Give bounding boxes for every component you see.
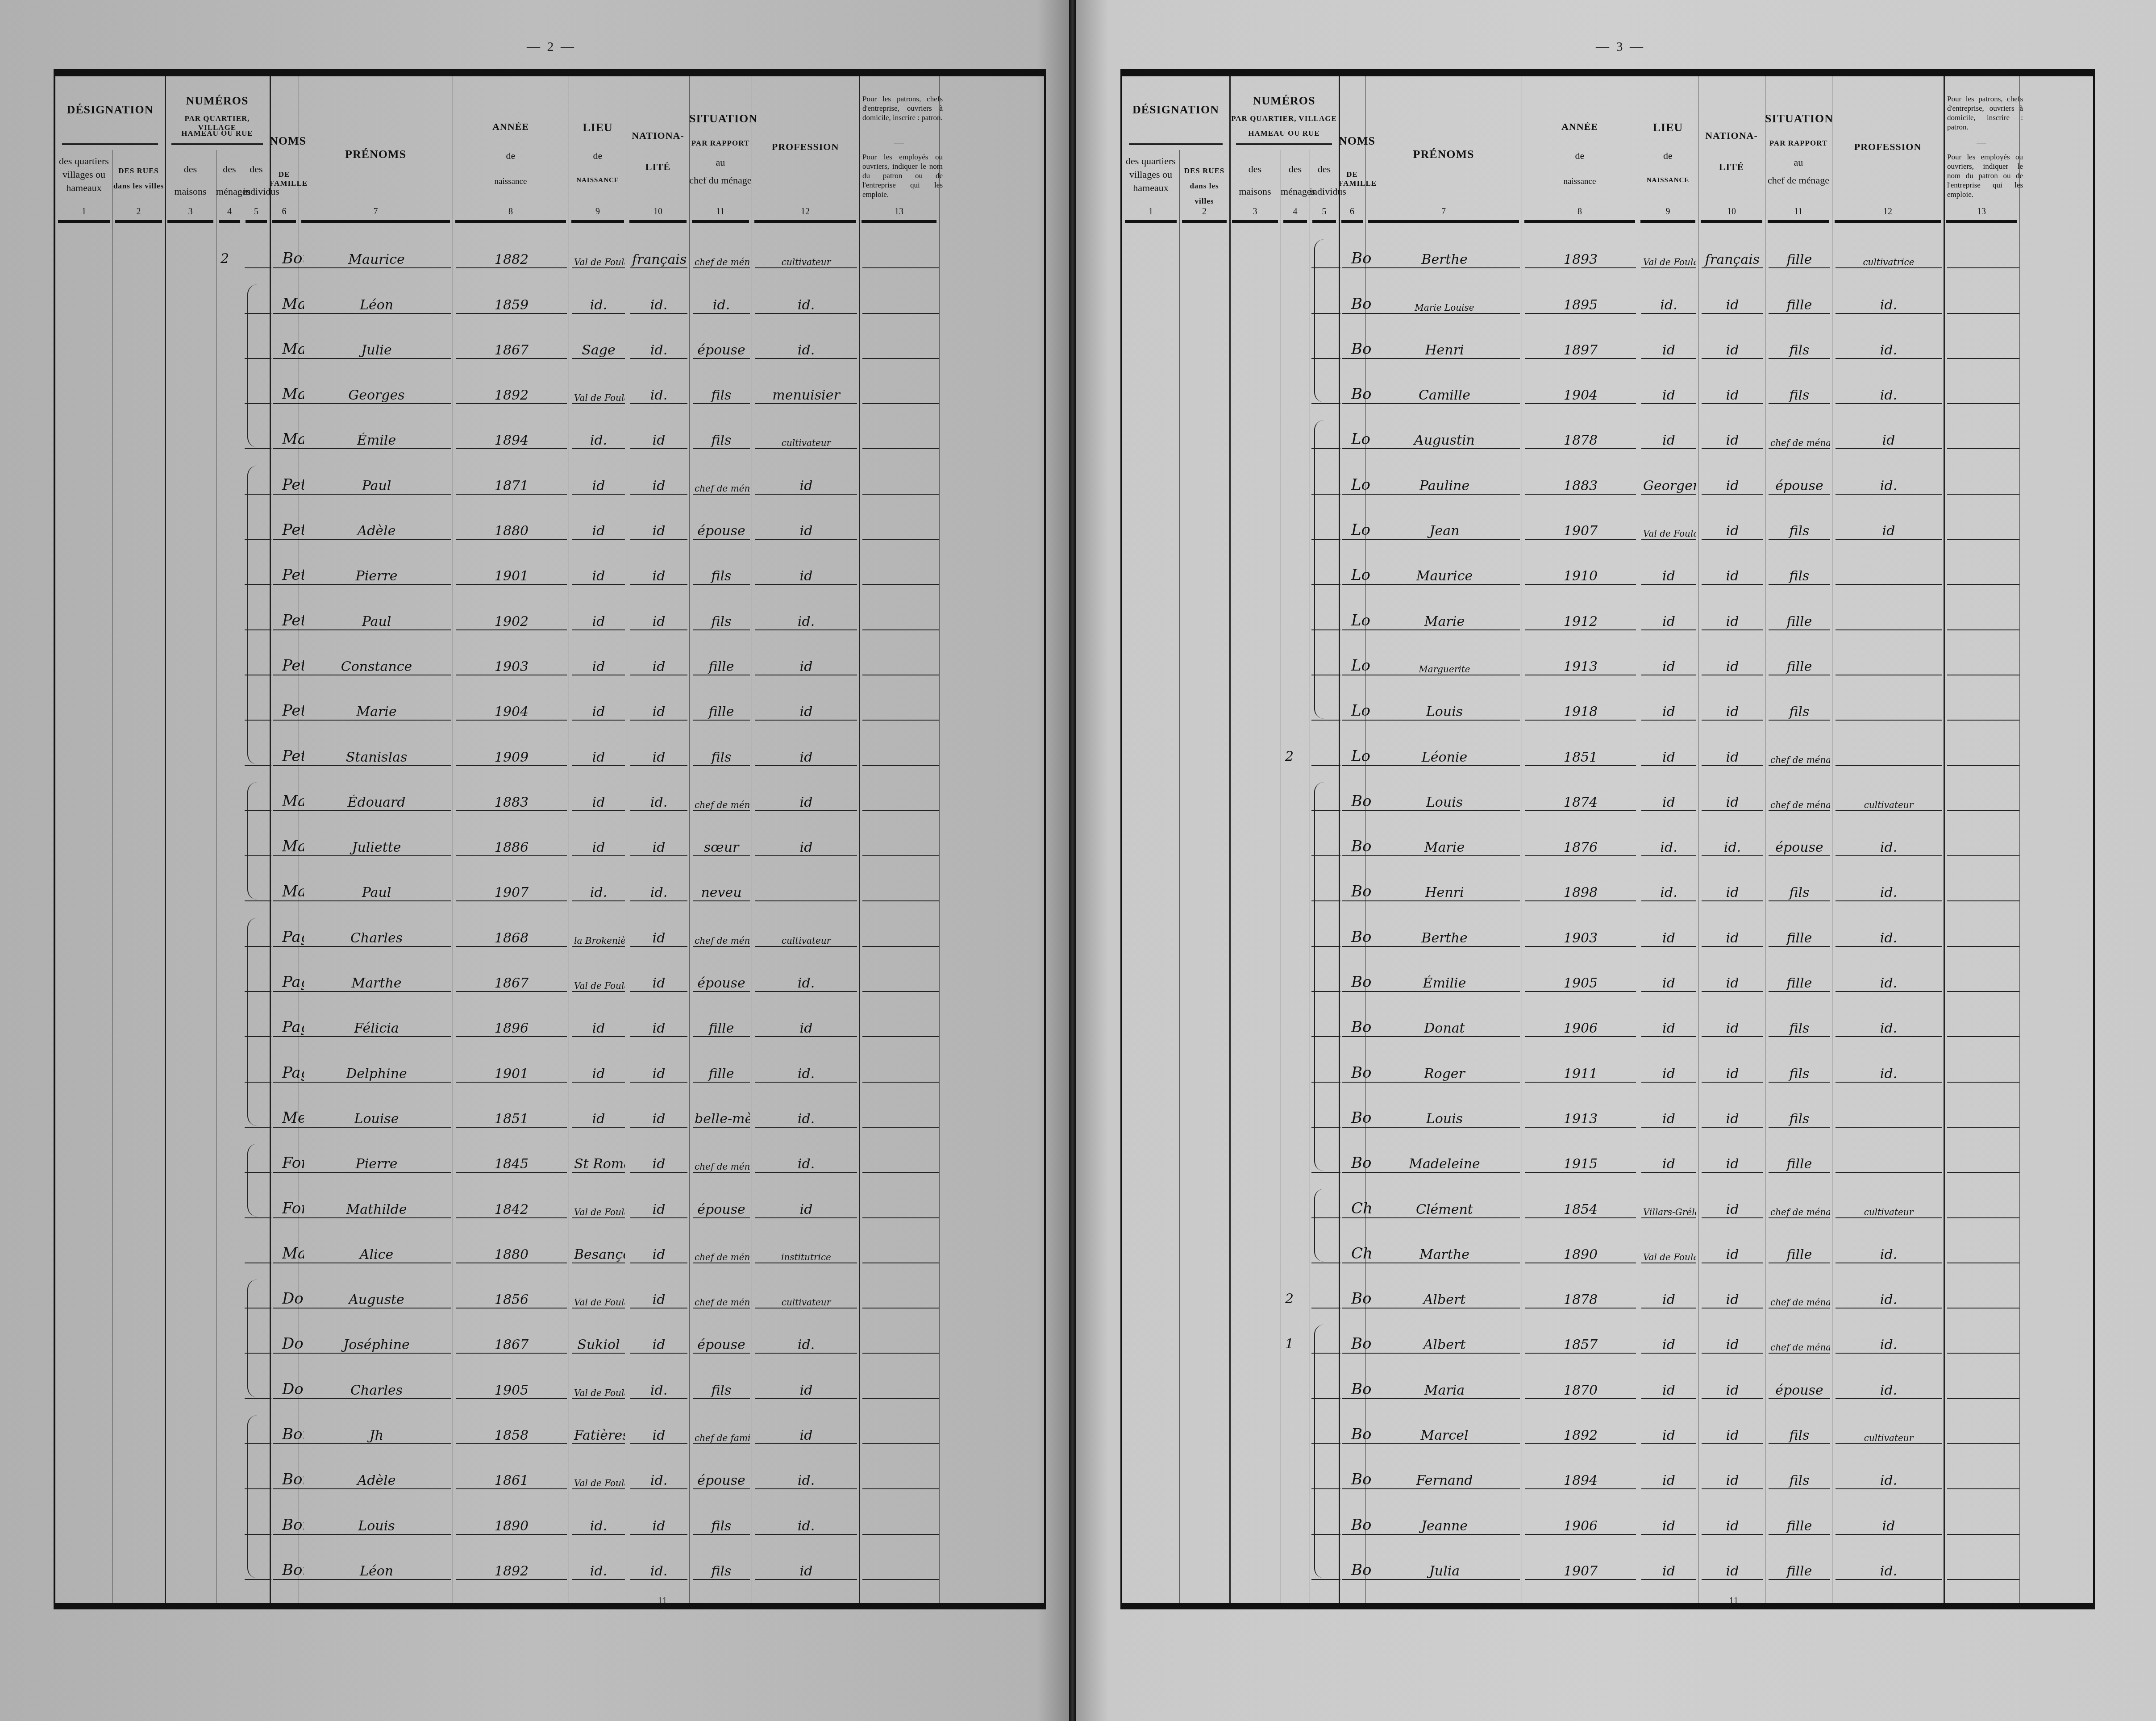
header-situation-sub: PAR RAPPORT (689, 139, 752, 148)
family-name: Bourgue (1342, 1018, 1371, 1037)
profession: id. (1836, 975, 1942, 992)
given-name: Clément (1369, 1202, 1520, 1218)
table-row: MartinÉdouard1883idid.chef de ménageid (55, 769, 1044, 814)
given-name: Adèle (302, 1473, 451, 1489)
family-name: Dory (273, 1380, 304, 1399)
household-relation: belle-mère (693, 1111, 750, 1128)
birthplace: id. (572, 433, 625, 449)
birth-year: 1867 (456, 342, 567, 359)
nationality: id (1702, 795, 1763, 811)
birth-year: 1859 (456, 297, 567, 314)
header-rule (1835, 220, 1941, 223)
birth-year: 1880 (456, 523, 567, 540)
birth-year: 1880 (456, 1247, 567, 1263)
nationality: id. (630, 1563, 687, 1580)
header-note-employes: Pour les employés ou ouvriers, indiquer … (859, 152, 946, 199)
table-row: BourgueJulia1907ididfilleid. (1122, 1538, 2093, 1583)
nationality: id (630, 614, 687, 630)
birthplace: id. (1641, 885, 1696, 901)
given-name: Édouard (302, 795, 451, 811)
individual-stub (245, 1217, 271, 1218)
nationality: id (630, 1202, 687, 1218)
family-name: Petit (273, 476, 304, 495)
household-brace (247, 1415, 257, 1578)
birth-year: 1905 (1525, 975, 1636, 992)
given-name: Émilie (1369, 975, 1520, 992)
employer-blank (862, 403, 939, 404)
birth-year: 1856 (456, 1292, 567, 1308)
nationality: id (1702, 614, 1763, 630)
header-numeros-des: des (1281, 163, 1310, 175)
profession: id. (755, 975, 857, 992)
birthplace: St Romain (572, 1156, 625, 1173)
header-rule (1768, 220, 1829, 223)
household-relation: fille (1769, 614, 1830, 630)
employer-blank (862, 900, 939, 901)
profession: cultivateur (755, 438, 857, 449)
header-rule (1701, 220, 1762, 223)
profession: id (755, 750, 857, 766)
family-name: Bourgue (1342, 1335, 1371, 1354)
employer-blank (1947, 448, 2019, 449)
household-relation: fils (1769, 342, 1830, 359)
birthplace: Villars-Grélat (1641, 1207, 1696, 1218)
table-row: DoryCharles1905Val de Foulansid.filsid (55, 1357, 1044, 1402)
nationality: id (1702, 1111, 1763, 1128)
given-name: Émile (302, 433, 451, 449)
given-name: Marie Louise (1369, 302, 1520, 314)
employer-blank (862, 313, 939, 314)
header-annee: ANNÉE (453, 121, 569, 133)
birthplace: Sage (572, 342, 625, 359)
household-relation: chef de ménage (1769, 1207, 1830, 1218)
family-name: Bourgue (1342, 1064, 1371, 1083)
table-row: 2BourgueMaurice1882Val de Foulansfrançai… (55, 226, 1044, 271)
birth-year: 1878 (1525, 433, 1636, 449)
given-name: Louis (1369, 795, 1520, 811)
footer-mark: 11 (1729, 1596, 1738, 1605)
header-rule (1946, 220, 2017, 223)
header-rule (1283, 220, 1307, 223)
household-relation: fils (693, 1563, 750, 1580)
household-relation: fils (1769, 1021, 1830, 1037)
table-grid: DÉSIGNATIONdes quartiers villages ou ham… (55, 76, 1044, 1603)
family-name: Marguier (273, 1245, 304, 1263)
family-name: Bourgue (1342, 1516, 1371, 1535)
given-name: Berthe (1369, 252, 1520, 268)
given-name: Marthe (302, 975, 451, 992)
household-relation: chef de ménage (1769, 1297, 1830, 1308)
employer-blank (862, 448, 939, 449)
household-relation: fille (693, 659, 750, 675)
birthplace: Val de Foulans (1641, 257, 1696, 268)
given-name: Léonie (1369, 750, 1520, 766)
employer-blank (1947, 313, 2019, 314)
header-rule (692, 220, 749, 223)
birth-year: 1894 (456, 433, 567, 449)
family-name: Lonchamp (1342, 612, 1371, 630)
profession: cultivateur (1836, 1207, 1942, 1218)
given-name: Marcel (1369, 1428, 1520, 1444)
employer-blank (1947, 946, 2019, 947)
employer-blank (1947, 1443, 2019, 1444)
given-name: Roger (1369, 1066, 1520, 1083)
birthplace: id. (1641, 297, 1696, 314)
header-numeros-sub: HAMEAU OU RUE (1229, 129, 1339, 138)
header-rule (1524, 220, 1635, 223)
household-relation: épouse (693, 1337, 750, 1354)
table-row: BourgueDonat1906ididfilsid. (1122, 995, 2093, 1040)
header-note-employes: Pour les employés ou ouvriers, indiquer … (1944, 152, 2027, 199)
header-rule (1640, 220, 1695, 223)
household-relation: chef de ménage (693, 800, 750, 811)
birthplace: id (1641, 1473, 1696, 1489)
birth-year: 1903 (1525, 930, 1636, 947)
nationality: id (630, 523, 687, 540)
profession: id. (755, 342, 857, 359)
employer-blank (1947, 765, 2019, 766)
birth-year: 1915 (1525, 1156, 1636, 1173)
column-number: 5 (243, 207, 270, 213)
profession: id. (1836, 1247, 1942, 1263)
individual-stub (245, 900, 271, 901)
nationality: id (1702, 523, 1763, 540)
table-row: LonchampAugustin1878ididchef de ménageid (1122, 407, 2093, 452)
header-lieu-sub: NAISSANCE (569, 177, 627, 184)
individual-stub (245, 765, 271, 766)
header-annee-de: de (453, 150, 569, 162)
birthplace: Val de Foulans (1641, 528, 1696, 540)
birthplace: id (1641, 1111, 1696, 1128)
birthplace: id (1641, 1021, 1696, 1037)
header-situation: SITUATION (689, 112, 752, 125)
nationality: id (630, 975, 687, 992)
header-lieu-de: de (569, 150, 627, 162)
birthplace: Val de Foulans (572, 1478, 625, 1489)
birthplace: id (1641, 433, 1696, 449)
nationality: id (1702, 1563, 1763, 1580)
nationality: id (1702, 1202, 1763, 1218)
birth-year: 1898 (1525, 885, 1636, 901)
nationality: id (630, 433, 687, 449)
household-brace (1314, 239, 1324, 402)
nationality: id (1702, 568, 1763, 585)
table-row: MartinJulie1867Sageid.épouseid. (55, 317, 1044, 362)
table-row: PetitStanislas1909ididfilsid (55, 723, 1044, 768)
family-name: Martin (273, 295, 304, 314)
census-table: DÉSIGNATIONdes quartiers villages ou ham… (54, 69, 1046, 1609)
family-name: Martin (273, 385, 304, 404)
profession: cultivateur (1836, 800, 1942, 811)
nationality: id (630, 750, 687, 766)
profession: id. (1836, 1383, 1942, 1399)
household-relation: fils (693, 614, 750, 630)
header-rule (629, 220, 687, 223)
header-designation-rues: DES RUES dans les villes (112, 163, 165, 194)
employer-blank (1947, 1217, 2019, 1218)
page-number: — 2 — (527, 39, 576, 54)
nationality: id. (630, 1473, 687, 1489)
header-noms: NOMS (270, 134, 299, 148)
employer-blank (1947, 584, 2019, 585)
given-name: Madeleine (1369, 1156, 1520, 1173)
header-prenoms: PRÉNOMS (1365, 148, 1522, 161)
birthplace: id (572, 1021, 625, 1037)
employer-blank (862, 1398, 939, 1399)
birthplace: id (1641, 1066, 1696, 1083)
birth-year: 1906 (1525, 1518, 1636, 1535)
employer-blank (1947, 1127, 2019, 1128)
header-annee-de: de (1522, 150, 1638, 162)
household-relation: fils (693, 388, 750, 404)
individual-stub (245, 1263, 271, 1263)
census-table: DÉSIGNATIONdes quartiers villages ou ham… (1120, 69, 2095, 1609)
birth-year: 1886 (456, 840, 567, 856)
birthplace: id. (572, 1563, 625, 1580)
household-relation: épouse (693, 975, 750, 992)
family-name: Chiche (1342, 1245, 1371, 1263)
profession: id (1836, 433, 1942, 449)
given-name: Charles (302, 1383, 451, 1399)
header-nationalite: LITÉ (627, 161, 689, 173)
birth-year: 1897 (1525, 342, 1636, 359)
household-number: 2 (221, 251, 229, 267)
birth-year: 1876 (1525, 840, 1636, 856)
birthplace: id (1641, 1518, 1696, 1535)
birthplace: id (1641, 1337, 1696, 1354)
profession: id (755, 1383, 857, 1399)
birth-year: 1861 (456, 1473, 567, 1489)
profession: id (755, 704, 857, 721)
family-name: Petit (273, 521, 304, 540)
given-name: Mathilde (302, 1202, 451, 1218)
employer-blank (862, 1127, 939, 1128)
birth-year: 1913 (1525, 1111, 1636, 1128)
profession (755, 900, 857, 901)
table-row: LonchampPauline1883Georgemontidépouseid. (1122, 452, 2093, 497)
table-row: MartinLéon1859id.id.id.id. (55, 271, 1044, 316)
profession: cultivateur (755, 935, 857, 947)
table-row: BonnatBerthe1893Val de Foulansfrançaisfi… (1122, 226, 2093, 271)
employer-blank (862, 1308, 939, 1308)
household-number: 2 (1285, 749, 1294, 764)
given-name: Marthe (1369, 1247, 1520, 1263)
profession: id (755, 1202, 857, 1218)
table-row: BourgueLouis1874ididchef de ménagecultiv… (1122, 769, 2093, 814)
header-profession: PROFESSION (752, 141, 859, 153)
birthplace: Val de Foulans (1641, 1252, 1696, 1263)
table-row: BourgueMaria1870ididépouseid. (1122, 1357, 2093, 1402)
birthplace: Val de Foulans (572, 1297, 625, 1308)
table-row: BonnatLéon1892id.id.filsid (55, 1538, 1044, 1583)
header-nationalite: NATIONA- (627, 130, 689, 142)
profession: id. (1836, 478, 1942, 495)
header-numeros-des: des (1229, 163, 1281, 175)
given-name: Stanislas (302, 750, 451, 766)
profession (1836, 1127, 1942, 1128)
employer-blank (862, 1534, 939, 1535)
nationality: id (630, 659, 687, 675)
profession: id. (755, 1066, 857, 1083)
given-name: Marie (1369, 614, 1520, 630)
household-relation: chef de ménage (1769, 800, 1830, 811)
birth-year: 1870 (1525, 1383, 1636, 1399)
family-name: Martin (273, 838, 304, 856)
household-relation: sœur (693, 840, 750, 856)
household-relation: chef de ménage (693, 483, 750, 495)
header-note-patrons: Pour les patrons, chefs d'entreprise, ou… (859, 94, 946, 122)
profession: cultivateur (755, 257, 857, 268)
birth-year: 1883 (1525, 478, 1636, 495)
household-relation: fils (693, 1383, 750, 1399)
table-header: DÉSIGNATIONdes quartiers villages ou ham… (55, 76, 1044, 221)
header-rule (115, 220, 162, 223)
birth-year: 1901 (456, 1066, 567, 1083)
employer-blank (1947, 494, 2019, 495)
nationality: id (1702, 1021, 1763, 1037)
birthplace: id (572, 1111, 625, 1128)
household-relation: épouse (1769, 1383, 1830, 1399)
employer-blank (1947, 720, 2019, 721)
household-relation: fille (1769, 659, 1830, 675)
individual-stub (1311, 720, 1340, 721)
employer-blank (1947, 1353, 2019, 1354)
table-row: PetitConstance1903ididfilleid (55, 633, 1044, 678)
header-numeros-des: des (1310, 163, 1339, 175)
household-brace (247, 284, 257, 447)
individual-stub (245, 1398, 271, 1399)
table-row: PetitMarie1904ididfilleid (55, 678, 1044, 723)
birth-year: 1918 (1525, 704, 1636, 721)
profession: id. (755, 1156, 857, 1173)
header-brace (1236, 143, 1332, 145)
column-number: 13 (859, 207, 939, 213)
household-relation: chef de ménage (693, 935, 750, 947)
header-numeros-sub3: maisons (1229, 186, 1281, 197)
column-number: 3 (1229, 207, 1281, 213)
table-row: BourgueHenri1898id.idfilsid. (1122, 859, 2093, 904)
table-row: LonchampMaurice1910ididfils (1122, 542, 2093, 588)
birthplace: id (572, 840, 625, 856)
given-name: Louis (1369, 1111, 1520, 1128)
family-name: Bourgue (1342, 928, 1371, 947)
birth-year: 1893 (1525, 252, 1636, 268)
individual-stub (1311, 1172, 1340, 1173)
column-number: 11 (1765, 207, 1832, 213)
birth-year: 1857 (1525, 1337, 1636, 1354)
birthplace: id (1641, 342, 1696, 359)
household-relation: fils (693, 568, 750, 585)
employer-blank (1947, 1488, 2019, 1489)
household-brace (247, 466, 257, 764)
birthplace: id (1641, 568, 1696, 585)
employer-blank (862, 584, 939, 585)
household-relation: fils (1769, 1428, 1830, 1444)
family-name: Martin (273, 883, 304, 901)
birthplace: id (572, 523, 625, 540)
header-designation-quartiers: des quartiers villages ou hameaux (55, 154, 112, 195)
profession: id. (1836, 840, 1942, 856)
family-name: Bonnat (273, 1561, 304, 1580)
header-annee-sub: naissance (453, 177, 569, 187)
header-numeros-des: des (165, 163, 216, 175)
table-row: LonchampJean1907Val de Foulansidfilsid (1122, 497, 2093, 542)
given-name: Jeanne (1369, 1518, 1520, 1535)
household-relation: fils (1769, 388, 1830, 404)
table-row: 2BourgueAlbert1878ididchef de ménageid. (1122, 1266, 2093, 1311)
header-rule (1341, 220, 1363, 223)
given-name: Berthe (1369, 930, 1520, 947)
birthplace: id (1641, 975, 1696, 992)
household-relation: fille (693, 1066, 750, 1083)
profession: id (755, 523, 857, 540)
household-relation: épouse (693, 342, 750, 359)
family-name: Petit (273, 702, 304, 721)
table-row: DoryJoséphine1867Sukiolidépouseid. (55, 1311, 1044, 1356)
nationality: id (1702, 1292, 1763, 1308)
family-name: Petit (273, 747, 304, 766)
profession (1836, 720, 1942, 721)
family-name: Bonnat (273, 1425, 304, 1444)
page-number: — 3 — (1596, 39, 1645, 54)
profession: id. (755, 1111, 857, 1128)
header-situation-au: au (1765, 157, 1832, 168)
family-name: Bourgue (1342, 792, 1371, 811)
household-relation: chef de ménage (693, 1161, 750, 1173)
nationality: français (630, 252, 687, 268)
nationality: id (1702, 1156, 1763, 1173)
footer-mark: 11 (658, 1596, 667, 1605)
household-brace (247, 1144, 257, 1217)
family-name: Petit (273, 566, 304, 585)
family-name: Bonnat (1342, 385, 1371, 404)
nationality: id (1702, 1383, 1763, 1399)
family-name: Bourgue (1342, 973, 1371, 992)
employer-blank (1947, 810, 2019, 811)
birthplace: id (1641, 1156, 1696, 1173)
employer-blank (1947, 1263, 2019, 1263)
nationality: id (1702, 1428, 1763, 1444)
column-number: 4 (216, 207, 243, 213)
profession: id. (1836, 342, 1942, 359)
nationality: id (630, 1247, 687, 1263)
given-name: Charles (302, 930, 451, 947)
employer-blank (862, 1036, 939, 1037)
given-name: Paul (302, 614, 451, 630)
household-relation: fils (1769, 523, 1830, 540)
column-number: 10 (1698, 207, 1765, 213)
given-name: Jh (302, 1428, 451, 1444)
family-name: Bourgue (1342, 1109, 1371, 1128)
given-name: Maurice (1369, 568, 1520, 585)
employer-blank (1947, 900, 2019, 901)
profession: id (1836, 523, 1942, 540)
header-rule (1182, 220, 1227, 223)
given-name: Louis (1369, 704, 1520, 721)
table-row: DoryAuguste1856Val de Foulansidchef de m… (55, 1266, 1044, 1311)
nationality: id. (630, 297, 687, 314)
family-name: Forgeron (273, 1154, 304, 1173)
household-relation: chef de famille (693, 1433, 750, 1444)
household-relation: fille (1769, 1156, 1830, 1173)
table-row: 1BourgueAlbert1857ididchef de ménageid. (1122, 1311, 2093, 1356)
birthplace: Val de Foulans (572, 1207, 625, 1218)
birthplace: id (572, 750, 625, 766)
column-number: 7 (299, 207, 453, 213)
profession: id (755, 795, 857, 811)
family-name: Chiche (1342, 1200, 1371, 1218)
table-row: MeunierLouise1851ididbelle-mèreid. (55, 1085, 1044, 1130)
